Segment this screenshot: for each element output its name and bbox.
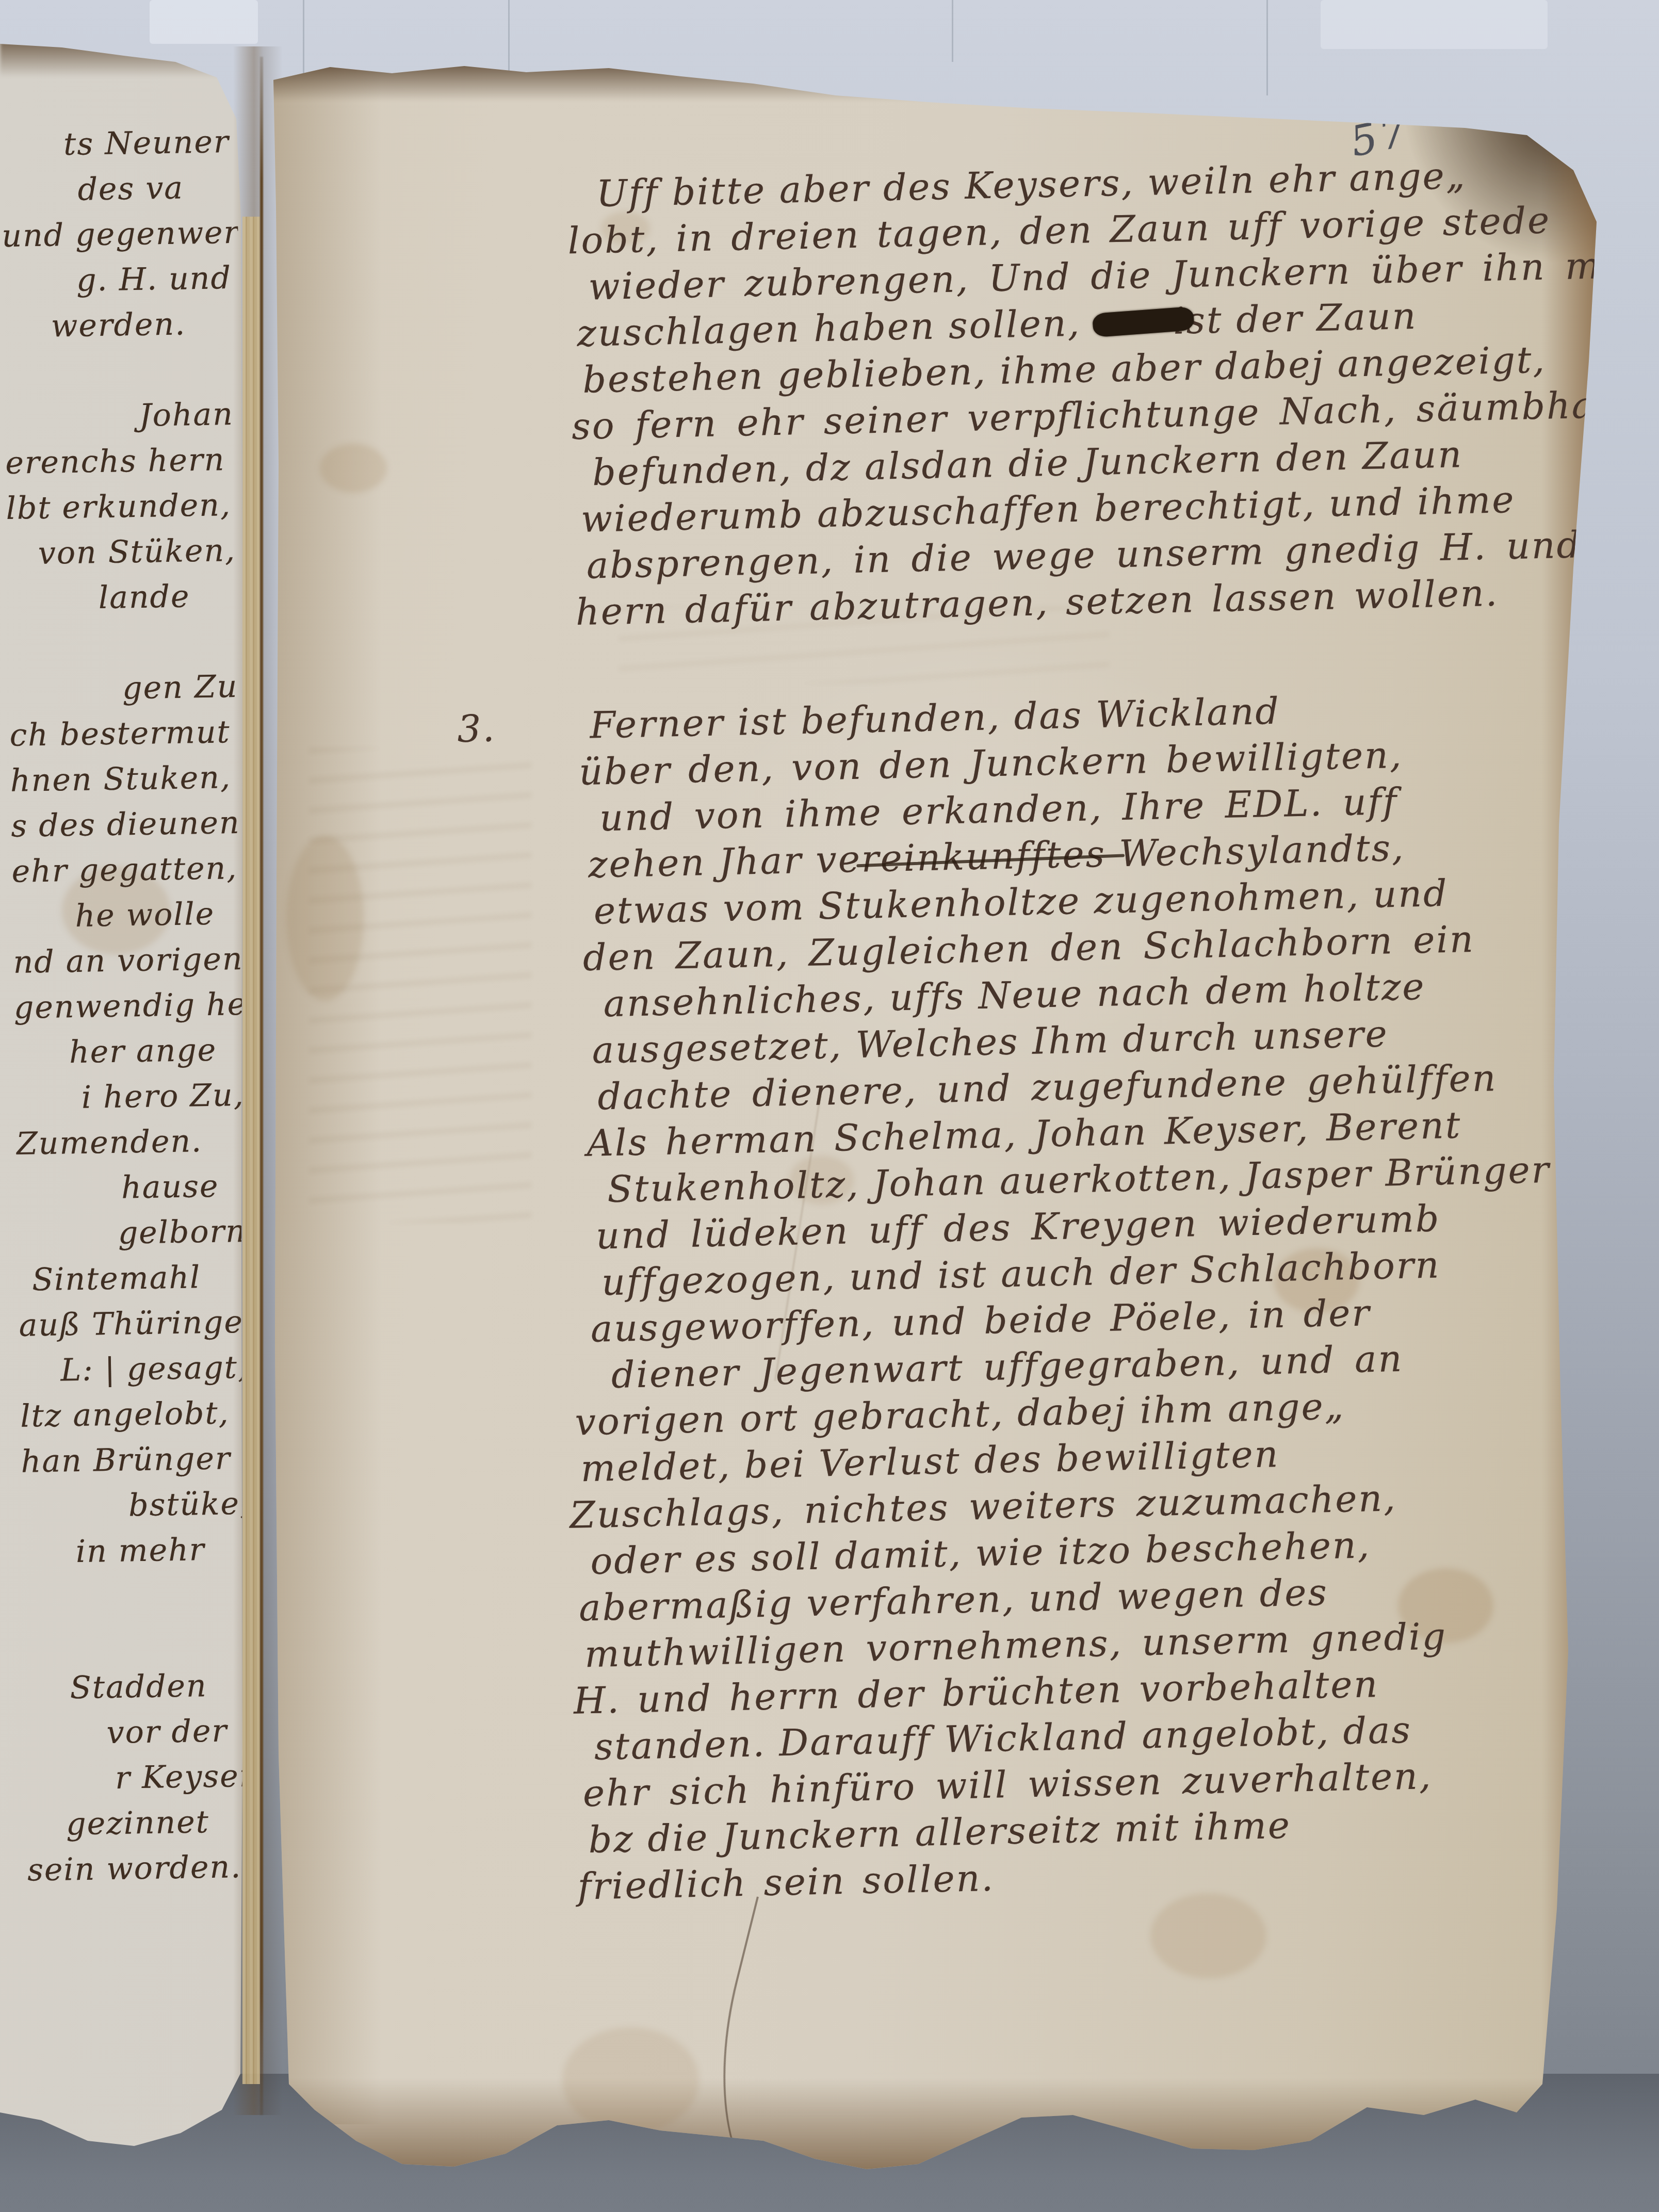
paper-stain bbox=[562, 2027, 699, 2133]
manuscript-line-fragment: erenchs hern bbox=[5, 437, 242, 486]
manuscript-paragraph-1: Uff bitte aber des Keysers, weiln ehr an… bbox=[574, 150, 1609, 635]
background-seam bbox=[303, 0, 304, 77]
manuscript-line-fragment: ltz angelobt, bbox=[20, 1390, 257, 1439]
manuscript-line-fragment: hnen Stuken, bbox=[10, 755, 247, 804]
manuscript-line-fragment: ehr gegatten, bbox=[11, 845, 248, 894]
manuscript-line-fragment: von Stüken, bbox=[6, 528, 243, 577]
manuscript-line-fragment bbox=[8, 619, 245, 668]
manuscript-line-fragment: L: | gesagt, bbox=[19, 1345, 256, 1394]
paper-stain bbox=[320, 444, 387, 493]
paper-stain bbox=[1150, 1893, 1266, 1978]
gutter-crease bbox=[260, 57, 263, 2115]
manuscript-paragraph-2: Ferner ist befunden, das Wicklandüber de… bbox=[585, 681, 1637, 1909]
manuscript-line-fragment: ts Neuner bbox=[0, 119, 237, 168]
manuscript-line-fragment: lbt erkunden, bbox=[6, 482, 242, 531]
manuscript-line-fragment: Zumenden. bbox=[15, 1118, 252, 1167]
manuscript-line-fragment: he wolle bbox=[12, 891, 249, 940]
manuscript-line-fragment: vor der bbox=[25, 1707, 262, 1756]
manuscript-line-fragment: her ange bbox=[14, 1027, 251, 1076]
left-page-text: ts Neunerdes vaund gegenwer„g. H. undwer… bbox=[0, 119, 264, 1893]
ink-bleed-ghost bbox=[310, 748, 531, 1223]
manuscript-line-fragment: genwendig het bbox=[13, 982, 250, 1031]
page-block-edge bbox=[242, 217, 260, 2084]
manuscript-line-fragment: r Keyser bbox=[26, 1753, 263, 1802]
manuscript-line-fragment: lande bbox=[7, 573, 244, 622]
manuscript-line-fragment: gezinnet bbox=[26, 1798, 263, 1847]
manuscript-line-fragment: bstüke, bbox=[21, 1481, 258, 1530]
manuscript-line-fragment: sein worden. bbox=[27, 1844, 264, 1893]
manuscript-line-fragment: Sintemahl bbox=[18, 1254, 255, 1303]
manuscript-line-fragment: s des dieunen bbox=[11, 800, 248, 849]
section-3: 3. Ferner ist befunden, das Wicklandüber… bbox=[585, 681, 1637, 1909]
manuscript-line-fragment: und gegenwer„ bbox=[2, 210, 238, 259]
manuscript-line-fragment: nd an vorigen bbox=[13, 936, 250, 985]
manuscript-photo: ts Neunerdes vaund gegenwer„g. H. undwer… bbox=[0, 0, 1659, 2212]
background-tab bbox=[1321, 0, 1548, 49]
background-seam bbox=[952, 0, 953, 62]
manuscript-line-fragment: i hero Zu, bbox=[15, 1072, 252, 1121]
manuscript-line-fragment bbox=[4, 346, 240, 395]
manuscript-line-fragment: Johan bbox=[4, 392, 241, 441]
manuscript-line-fragment: gelborn bbox=[17, 1209, 254, 1258]
manuscript-text: Uff bitte aber des Keysers, weiln ehr an… bbox=[574, 150, 1636, 1909]
manuscript-line-fragment: in mehr bbox=[22, 1526, 259, 1575]
manuscript-line-fragment: han Brünger bbox=[21, 1435, 257, 1484]
section-number: 3. bbox=[457, 706, 496, 751]
manuscript-line-fragment: auß Thüringe bbox=[19, 1299, 255, 1348]
manuscript-line-fragment: werden. bbox=[3, 301, 240, 350]
manuscript-line-fragment: hause bbox=[17, 1163, 253, 1212]
manuscript-line-fragment bbox=[23, 1571, 259, 1620]
manuscript-line-fragment: g. H. und bbox=[2, 255, 239, 304]
background-seam bbox=[1266, 0, 1268, 95]
manuscript-line-fragment: Stadden bbox=[24, 1662, 261, 1711]
manuscript-line-fragment: des va bbox=[1, 165, 237, 214]
background-tab bbox=[150, 0, 258, 44]
manuscript-line-fragment: gen Zu bbox=[9, 664, 246, 713]
manuscript-line-fragment bbox=[24, 1617, 261, 1666]
manuscript-line-fragment: ch bestermut bbox=[9, 709, 246, 758]
